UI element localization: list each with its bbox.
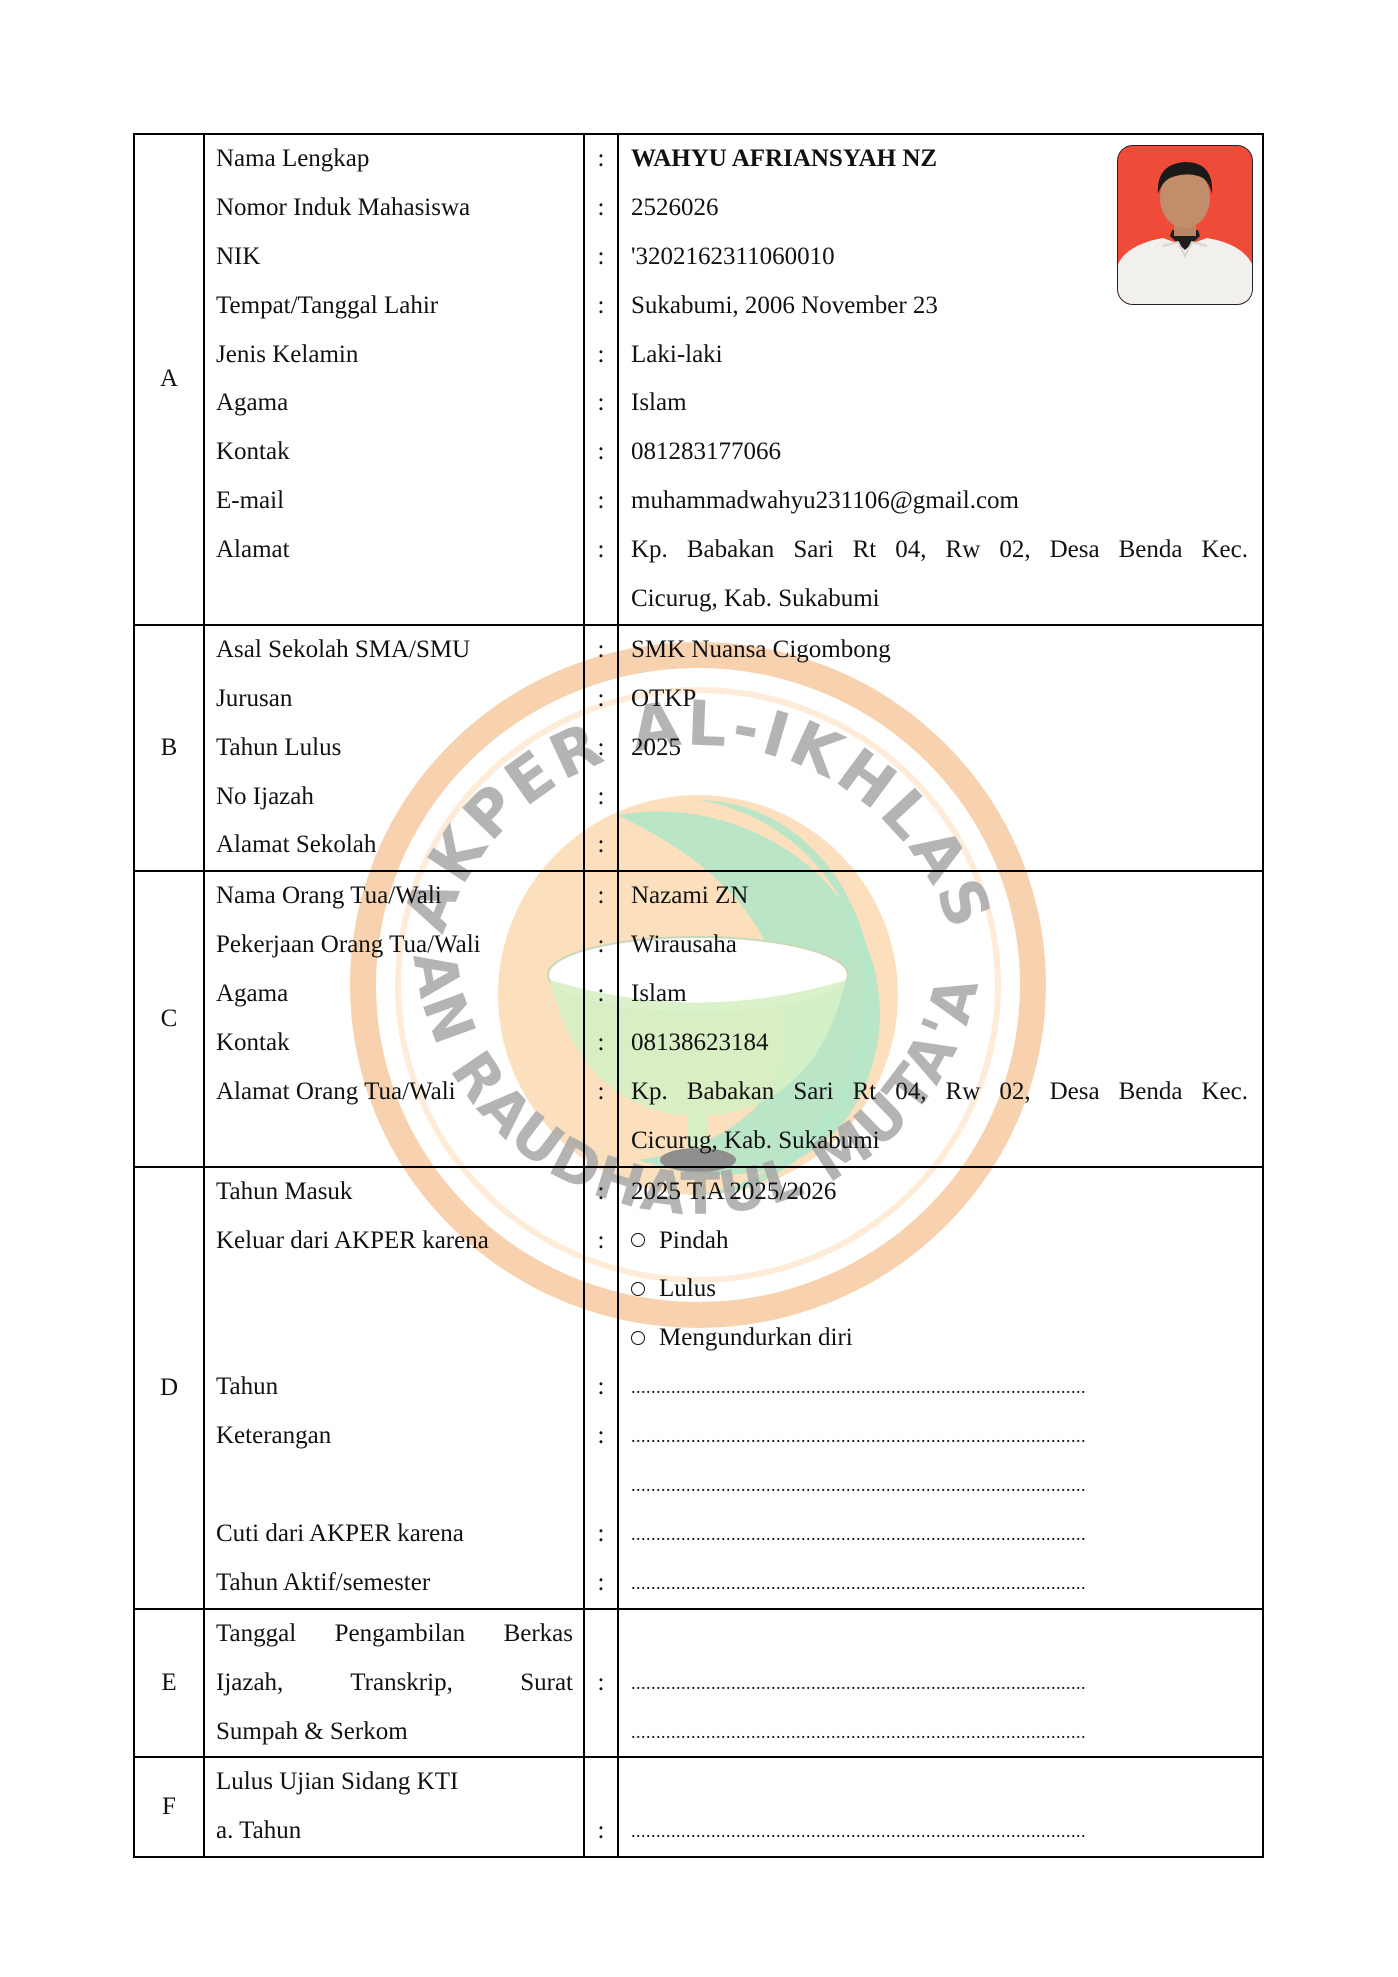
label-jurusan: Jurusan [205, 675, 583, 724]
document-page: AKPER AL-IKHLAS YAYASAN RAUDHATUL MUTA'A… [0, 0, 1398, 1977]
value-alamat-ortu-cont: Cicurug, Kab. Sukabumi [619, 1117, 1262, 1166]
label-pengambilan-3: Sumpah & Serkom [205, 1708, 583, 1757]
label-jenis-kelamin: Jenis Kelamin [205, 331, 583, 380]
label-agama: Agama [205, 379, 583, 428]
value-jurusan: OTKP [619, 675, 1262, 724]
value-alamat-ortu: Kp. Babakan Sari Rt 04, Rw 02, Desa Bend… [619, 1068, 1262, 1117]
radio-circle-icon [631, 1233, 645, 1247]
label-tahun-masuk: Tahun Masuk [205, 1168, 583, 1217]
blank-pengambilan-1[interactable]: ........................................… [619, 1659, 1262, 1708]
label-email: E-mail [205, 477, 583, 526]
section-letter: E [134, 1609, 204, 1758]
value-asal-sekolah: SMK Nuansa Cigombong [619, 626, 1262, 675]
section-letter: D [134, 1167, 204, 1609]
label-pengambilan-2: Ijazah, Transkrip, Surat [205, 1659, 583, 1708]
value-jenis-kelamin: Laki-laki [619, 331, 1262, 380]
value-no-ijazah [619, 773, 1262, 822]
blank-kti-tahun[interactable]: ........................................… [619, 1807, 1262, 1856]
blank-tahun-aktif[interactable]: ........................................… [619, 1559, 1262, 1608]
label-kontak: Kontak [205, 428, 583, 477]
section-letter: F [134, 1757, 204, 1857]
value-pekerjaan-ortu: Wirausaha [619, 921, 1262, 970]
label-nim: Nomor Induk Mahasiswa [205, 184, 583, 233]
student-data-form: A Nama Lengkap Nomor Induk Mahasiswa NIK… [133, 133, 1264, 1858]
blank-cuti[interactable]: ........................................… [619, 1510, 1262, 1559]
value-email: muhammadwahyu231106@gmail.com [619, 477, 1262, 526]
section-letter: B [134, 625, 204, 871]
radio-circle-icon [631, 1282, 645, 1296]
section-a-labels: Nama Lengkap Nomor Induk Mahasiswa NIK T… [204, 134, 584, 625]
value-tahun-lulus: 2025 [619, 724, 1262, 773]
value-alamat-cont: Cicurug, Kab. Sukabumi [619, 575, 1262, 624]
label-keluar: Keluar dari AKPER karena [205, 1217, 583, 1266]
label-tahun: Tahun [205, 1363, 583, 1412]
label-tahun-aktif: Tahun Aktif/semester [205, 1559, 583, 1608]
section-letter: A [134, 134, 204, 625]
label-cuti: Cuti dari AKPER karena [205, 1510, 583, 1559]
value-nama-ortu: Nazami ZN [619, 872, 1262, 921]
label-nik: NIK [205, 233, 583, 282]
label-agama-ortu: Agama [205, 970, 583, 1019]
section-a-values: WAHYU AFRIANSYAH NZ 2526026 '32021623110… [618, 134, 1263, 625]
label-kti-tahun: a. Tahun [205, 1807, 583, 1856]
value-tahun-masuk: 2025 T.A 2025/2026 [619, 1168, 1262, 1217]
label-ttl: Tempat/Tanggal Lahir [205, 282, 583, 331]
label-alamat: Alamat [205, 526, 583, 575]
section-e: E Tanggal Pengambilan Berkas Ijazah, Tra… [134, 1609, 1263, 1758]
value-kontak: 081283177066 [619, 428, 1262, 477]
blank-keterangan-2[interactable]: ........................................… [619, 1461, 1262, 1510]
section-d: D Tahun Masuk Keluar dari AKPER karena T… [134, 1167, 1263, 1609]
blank-pengambilan-2[interactable]: ........................................… [619, 1708, 1262, 1757]
section-a: A Nama Lengkap Nomor Induk Mahasiswa NIK… [134, 134, 1263, 625]
colon-column: : : : : : : : : : [584, 134, 618, 625]
label-nama-ortu: Nama Orang Tua/Wali [205, 872, 583, 921]
radio-circle-icon [631, 1331, 645, 1345]
value-alamat-sekolah [619, 821, 1262, 870]
student-photo [1117, 145, 1253, 305]
label-asal-sekolah: Asal Sekolah SMA/SMU [205, 626, 583, 675]
label-tahun-lulus: Tahun Lulus [205, 724, 583, 773]
label-kontak-ortu: Kontak [205, 1019, 583, 1068]
label-alamat-ortu: Alamat Orang Tua/Wali [205, 1068, 583, 1117]
label-lulus-kti: Lulus Ujian Sidang KTI [205, 1758, 583, 1807]
label-nama-lengkap: Nama Lengkap [205, 135, 583, 184]
option-lulus[interactable]: Lulus [619, 1265, 1262, 1314]
option-mengundurkan-diri[interactable]: Mengundurkan diri [619, 1314, 1262, 1363]
value-alamat: Kp. Babakan Sari Rt 04, Rw 02, Desa Bend… [619, 526, 1262, 575]
value-agama: Islam [619, 379, 1262, 428]
label-no-ijazah: No Ijazah [205, 773, 583, 822]
value-kontak-ortu: 08138623184 [619, 1019, 1262, 1068]
person-portrait-icon [1118, 146, 1252, 304]
section-b: B Asal Sekolah SMA/SMU Jurusan Tahun Lul… [134, 625, 1263, 871]
option-pindah[interactable]: Pindah [619, 1217, 1262, 1266]
section-c: C Nama Orang Tua/Wali Pekerjaan Orang Tu… [134, 871, 1263, 1166]
label-alamat-sekolah: Alamat Sekolah [205, 821, 583, 870]
label-pengambilan-1: Tanggal Pengambilan Berkas [205, 1610, 583, 1659]
label-pekerjaan-ortu: Pekerjaan Orang Tua/Wali [205, 921, 583, 970]
section-letter: C [134, 871, 204, 1166]
value-agama-ortu: Islam [619, 970, 1262, 1019]
section-f: F Lulus Ujian Sidang KTI a. Tahun : ....… [134, 1757, 1263, 1857]
label-keterangan: Keterangan [205, 1412, 583, 1461]
blank-keterangan-1[interactable]: ........................................… [619, 1412, 1262, 1461]
blank-tahun[interactable]: ........................................… [619, 1363, 1262, 1412]
